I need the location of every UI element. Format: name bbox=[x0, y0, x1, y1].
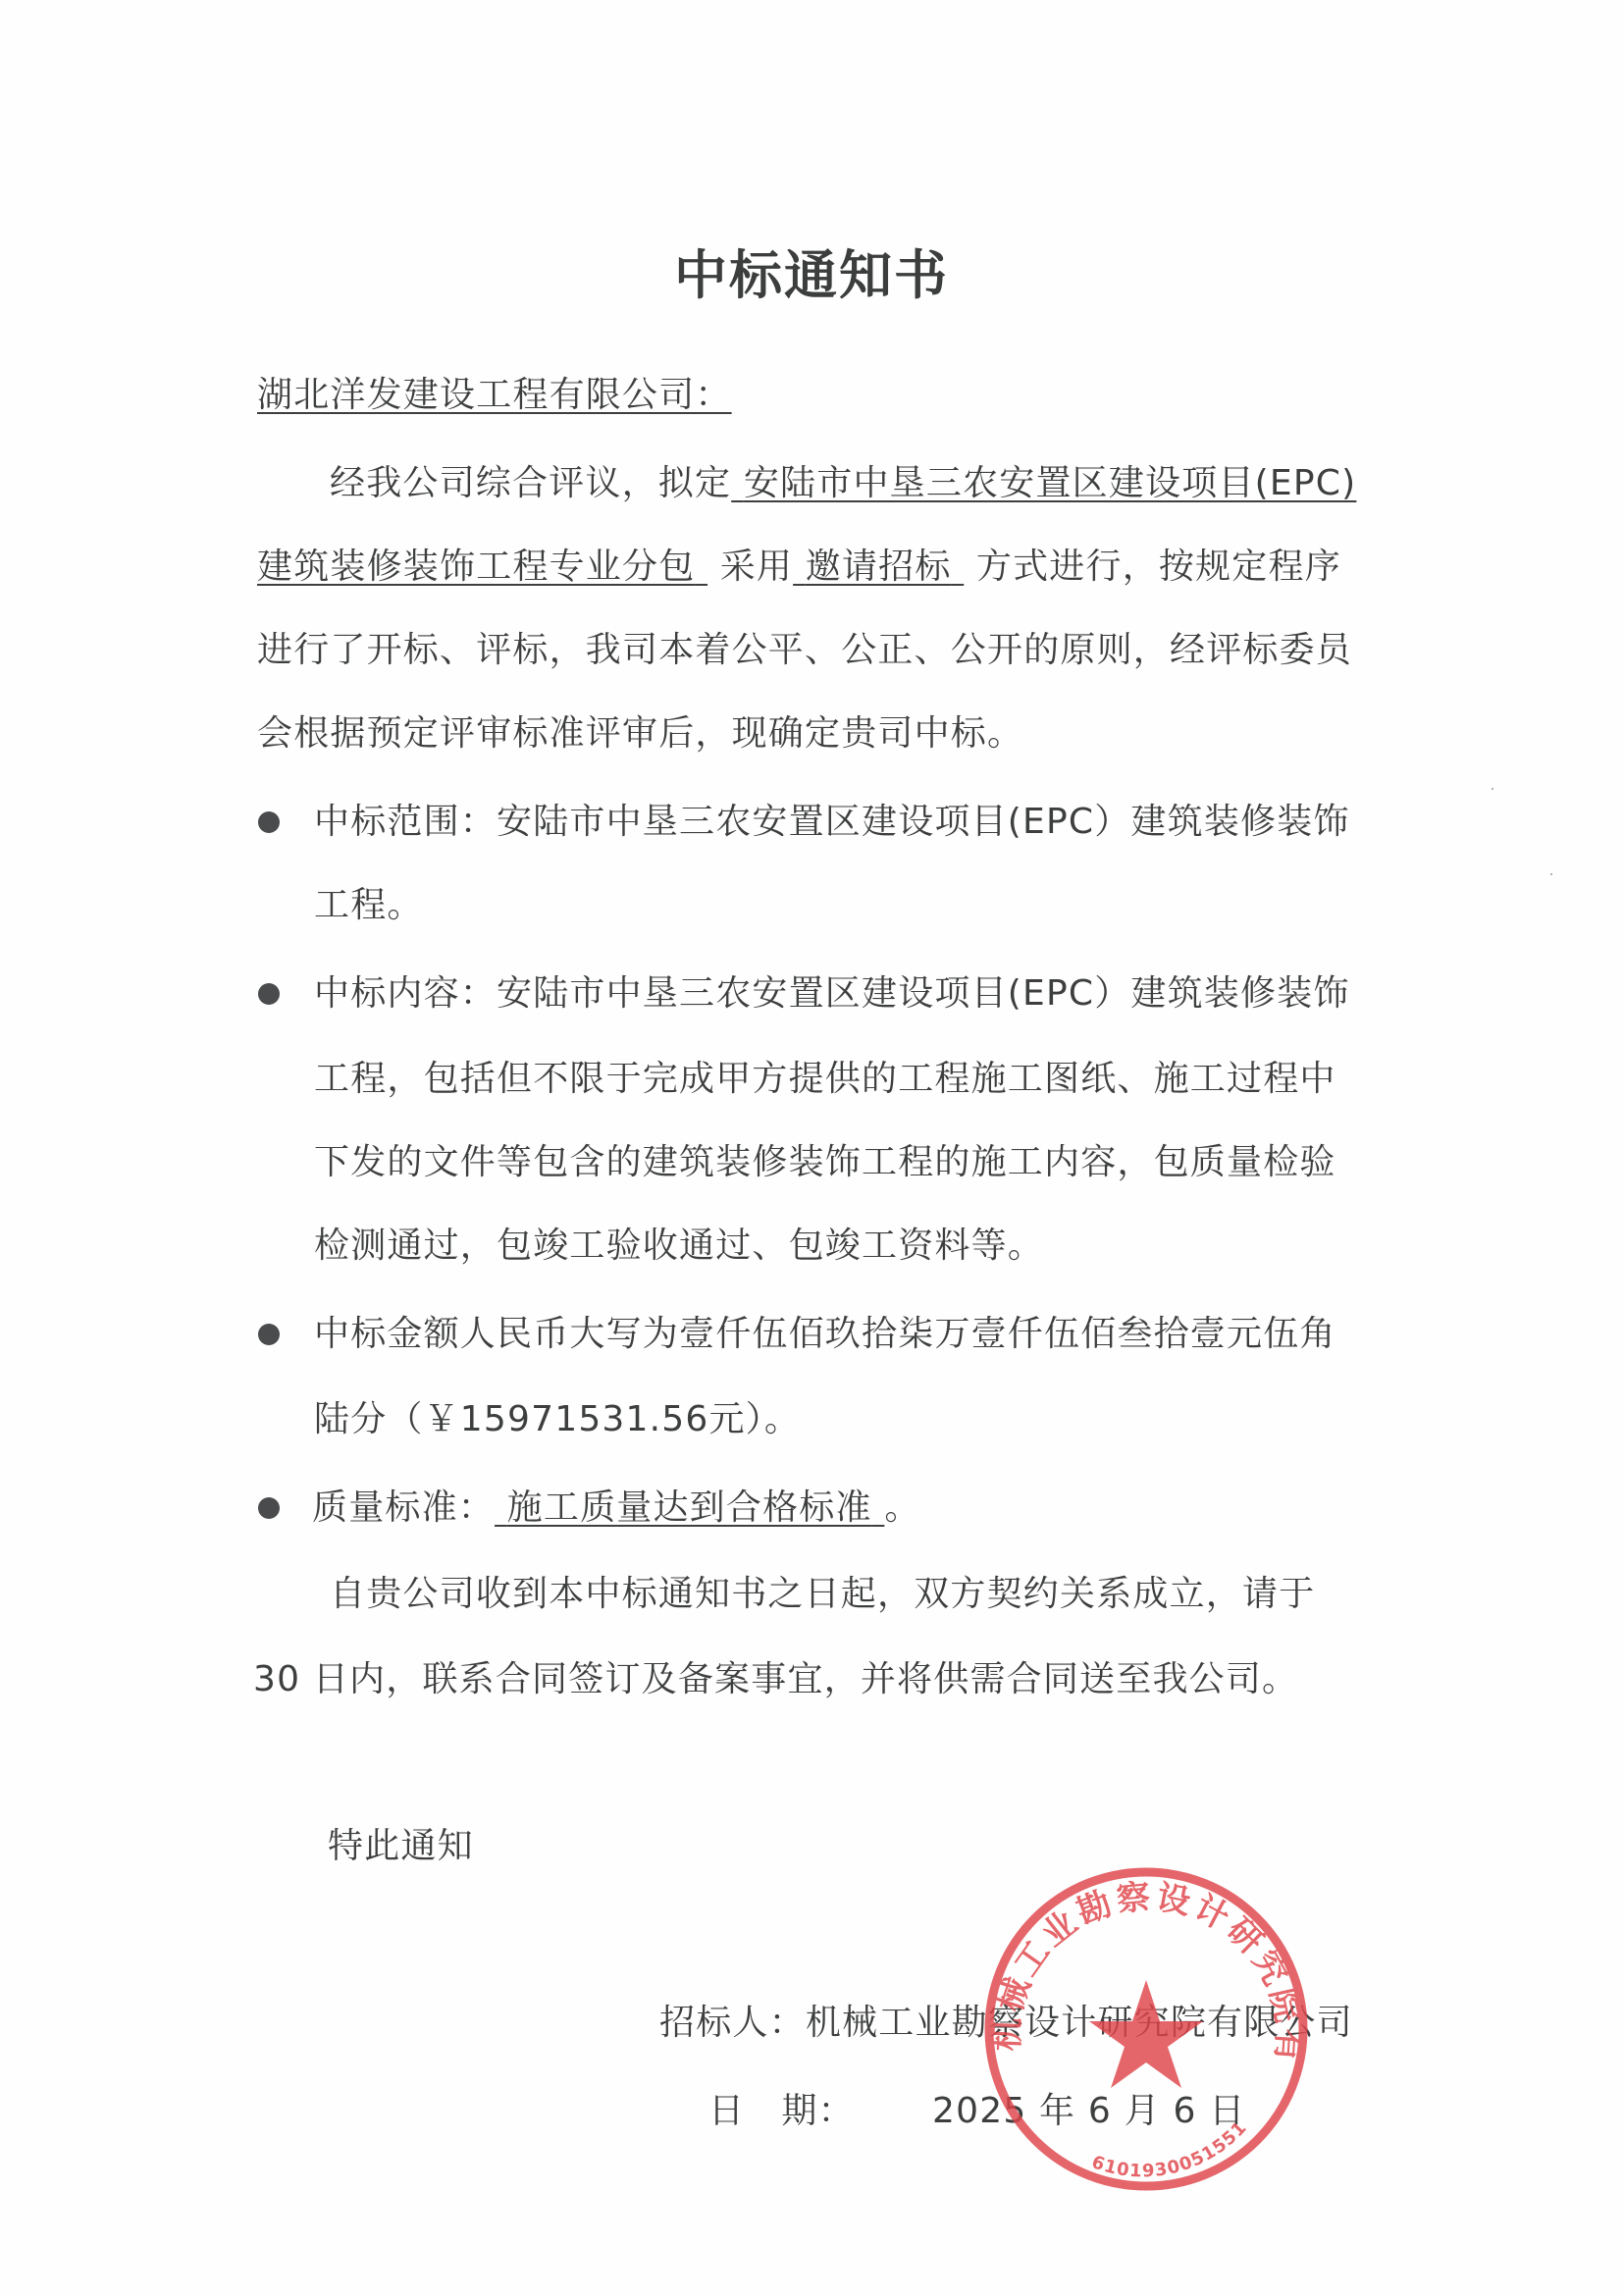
bullet-icon bbox=[258, 1324, 280, 1345]
scan-speck bbox=[1550, 873, 1552, 875]
intro-line-4: 会根据预定评审标准评审后，现确定贵司中标。 bbox=[257, 712, 1023, 756]
official-seal: 机械工业勘察设计研究院有限公司 6101930051551 bbox=[981, 1864, 1315, 2198]
intro-suffix: 方式进行，按规定程序 bbox=[976, 547, 1341, 587]
document-title: 中标通知书 bbox=[0, 234, 1623, 309]
svg-text:6101930051551: 6101930051551 bbox=[1089, 2117, 1251, 2182]
closing-line-1: 自贵公司收到本中标通知书之日起，双方契约关系成立，请于 bbox=[330, 1573, 1315, 1616]
date-label: 日 期： bbox=[708, 2090, 855, 2133]
bullet-icon bbox=[258, 983, 280, 1005]
quality-line: 质量标准： 施工质量达到合格标准 。 bbox=[312, 1487, 921, 1530]
scope-line-2: 工程。 bbox=[314, 884, 424, 927]
intro-mid: 采用 bbox=[720, 547, 793, 587]
document-page: 中标通知书 湖北洋发建设工程有限公司： 经我公司综合评议，拟定 安陆市中垦三农安… bbox=[0, 0, 1623, 2296]
notice-text: 特此通知 bbox=[328, 1825, 474, 1868]
closing-line-2: 30 日内，联系合同签订及备案事宜，并将供需合同送至我公司。 bbox=[253, 1658, 1298, 1701]
project-name-part-1: 安陆市中垦三农安置区建设项目(EPC) bbox=[731, 463, 1356, 503]
intro-line-2: 建筑装修装饰工程专业分包 采用 邀请招标 方式进行，按规定程序 bbox=[257, 546, 1341, 589]
intro-prefix: 经我公司综合评议，拟定 bbox=[330, 463, 731, 503]
quality-suffix: 。 bbox=[884, 1487, 920, 1528]
intro-line-3: 进行了开标、评标，我司本着公平、公正、公开的原则，经评标委员 bbox=[257, 629, 1352, 672]
bullet-icon bbox=[258, 1497, 280, 1519]
project-name-part-2: 建筑装修装饰工程专业分包 bbox=[257, 547, 707, 587]
amount-line-2: 陆分（￥15971531.56元）。 bbox=[314, 1398, 801, 1441]
scope-line-1: 中标范围：安陆市中垦三农安置区建设项目(EPC）建筑装修装饰 bbox=[314, 801, 1350, 844]
addressee: 湖北洋发建设工程有限公司： bbox=[257, 374, 732, 417]
content-line-1: 中标内容：安陆市中垦三农安置区建设项目(EPC）建筑装修装饰 bbox=[314, 972, 1350, 1016]
signer-label: 招标人： bbox=[659, 2003, 806, 2043]
content-line-3: 下发的文件等包含的建筑装修装饰工程的施工内容，包质量检验 bbox=[314, 1141, 1336, 1184]
bullet-icon bbox=[258, 811, 280, 833]
procurement-method: 邀请招标 bbox=[793, 547, 964, 587]
quality-value: 施工质量达到合格标准 bbox=[495, 1487, 884, 1528]
intro-line-1: 经我公司综合评议，拟定 安陆市中垦三农安置区建设项目(EPC) bbox=[330, 462, 1356, 505]
seal-icon: 机械工业勘察设计研究院有限公司 6101930051551 bbox=[981, 1864, 1315, 2198]
quality-label: 质量标准： bbox=[312, 1487, 495, 1528]
content-line-2: 工程，包括但不限于完成甲方提供的工程施工图纸、施工过程中 bbox=[314, 1058, 1336, 1101]
scan-speck bbox=[1492, 788, 1493, 790]
content-line-4: 检测通过，包竣工验收通过、包竣工资料等。 bbox=[314, 1225, 1044, 1268]
amount-line-1: 中标金额人民币大写为壹仟伍佰玖拾柒万壹仟伍佰叁拾壹元伍角 bbox=[314, 1313, 1336, 1356]
